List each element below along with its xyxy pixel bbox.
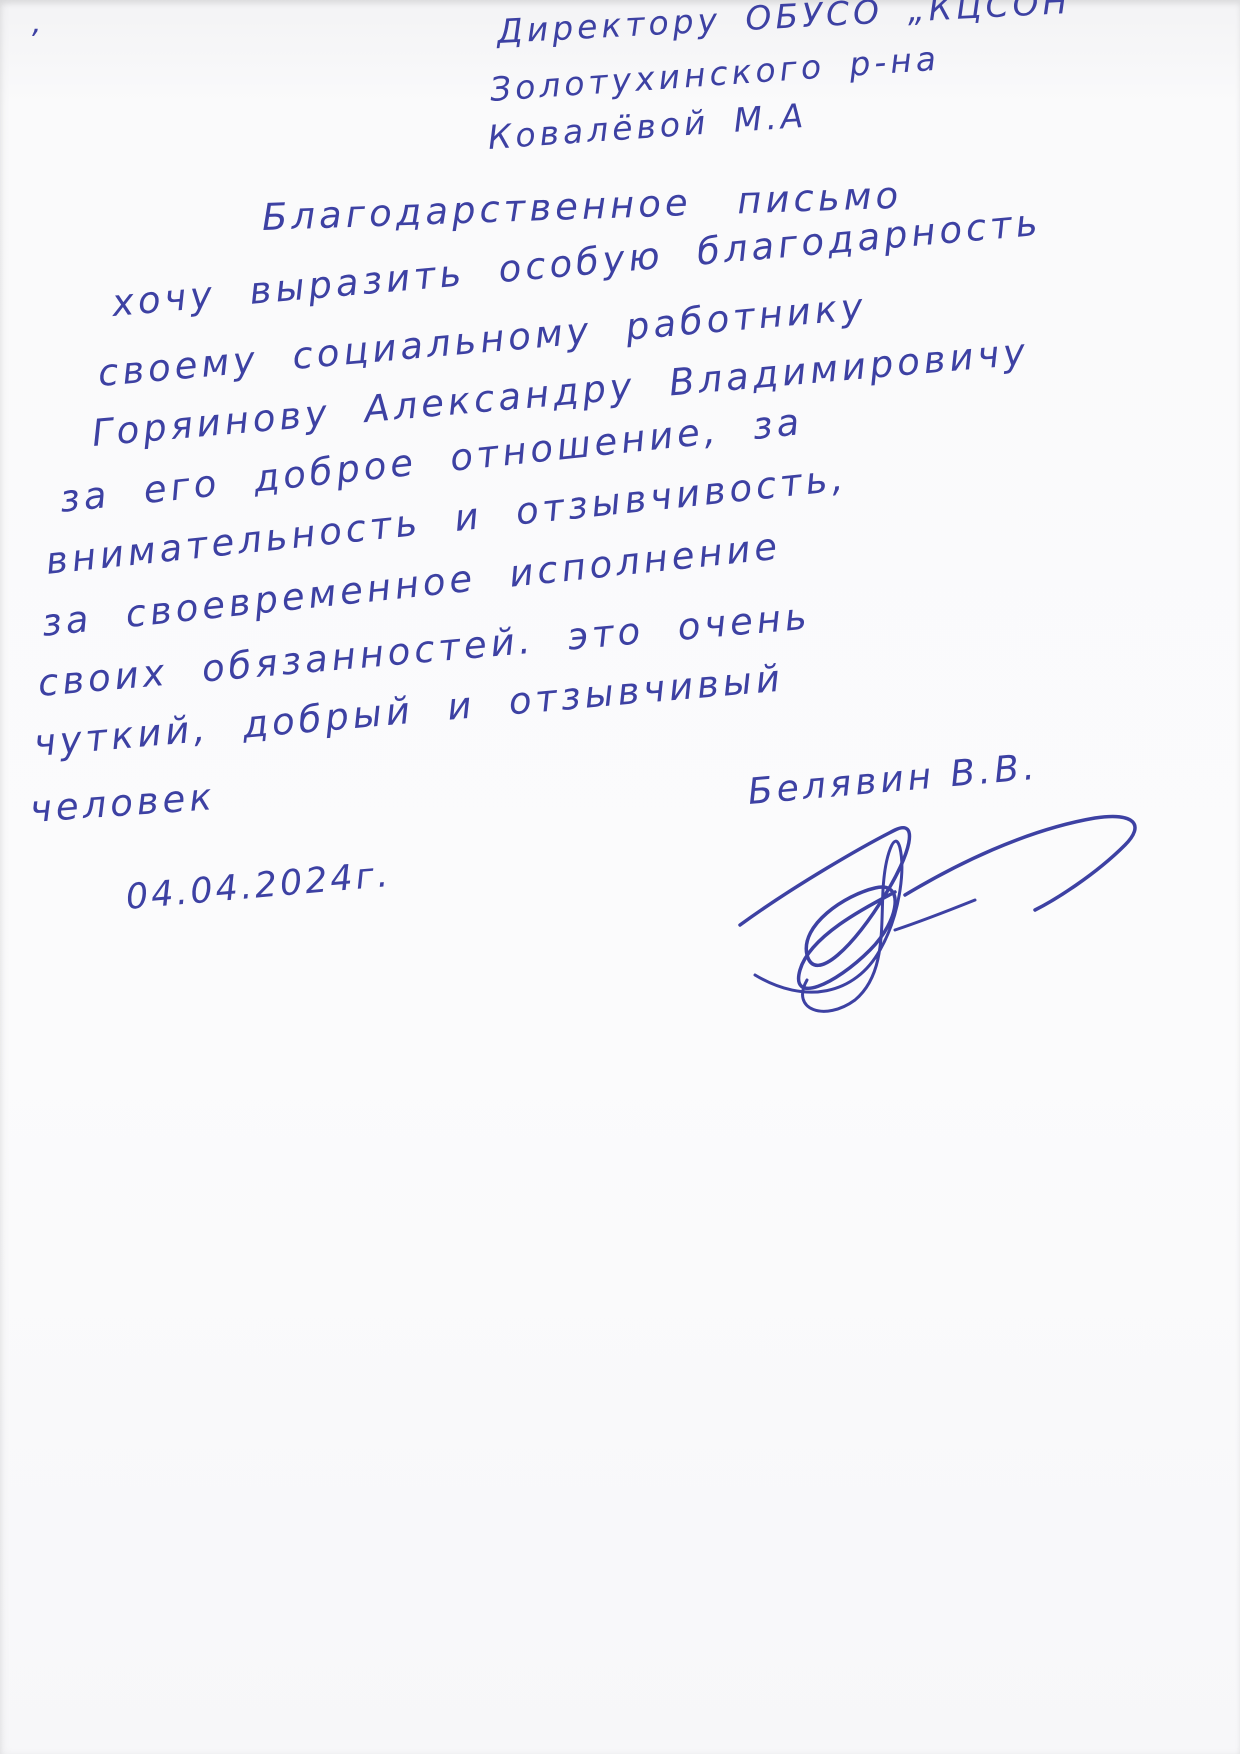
stray-pen-mark: ’ — [28, 24, 38, 59]
letter-page: ’ Директору ОБУСО „КЦСОН“ Золотухинского… — [0, 0, 1240, 1754]
body-line: человек — [29, 775, 217, 831]
signature-icon — [695, 800, 1165, 1040]
letter-date: 04.04.2024г. — [124, 855, 392, 918]
recipient-line-2: Золотухинского р-на — [489, 39, 941, 109]
recipient-line-1: Директору ОБУСО „КЦСОН“ — [496, 0, 1093, 51]
